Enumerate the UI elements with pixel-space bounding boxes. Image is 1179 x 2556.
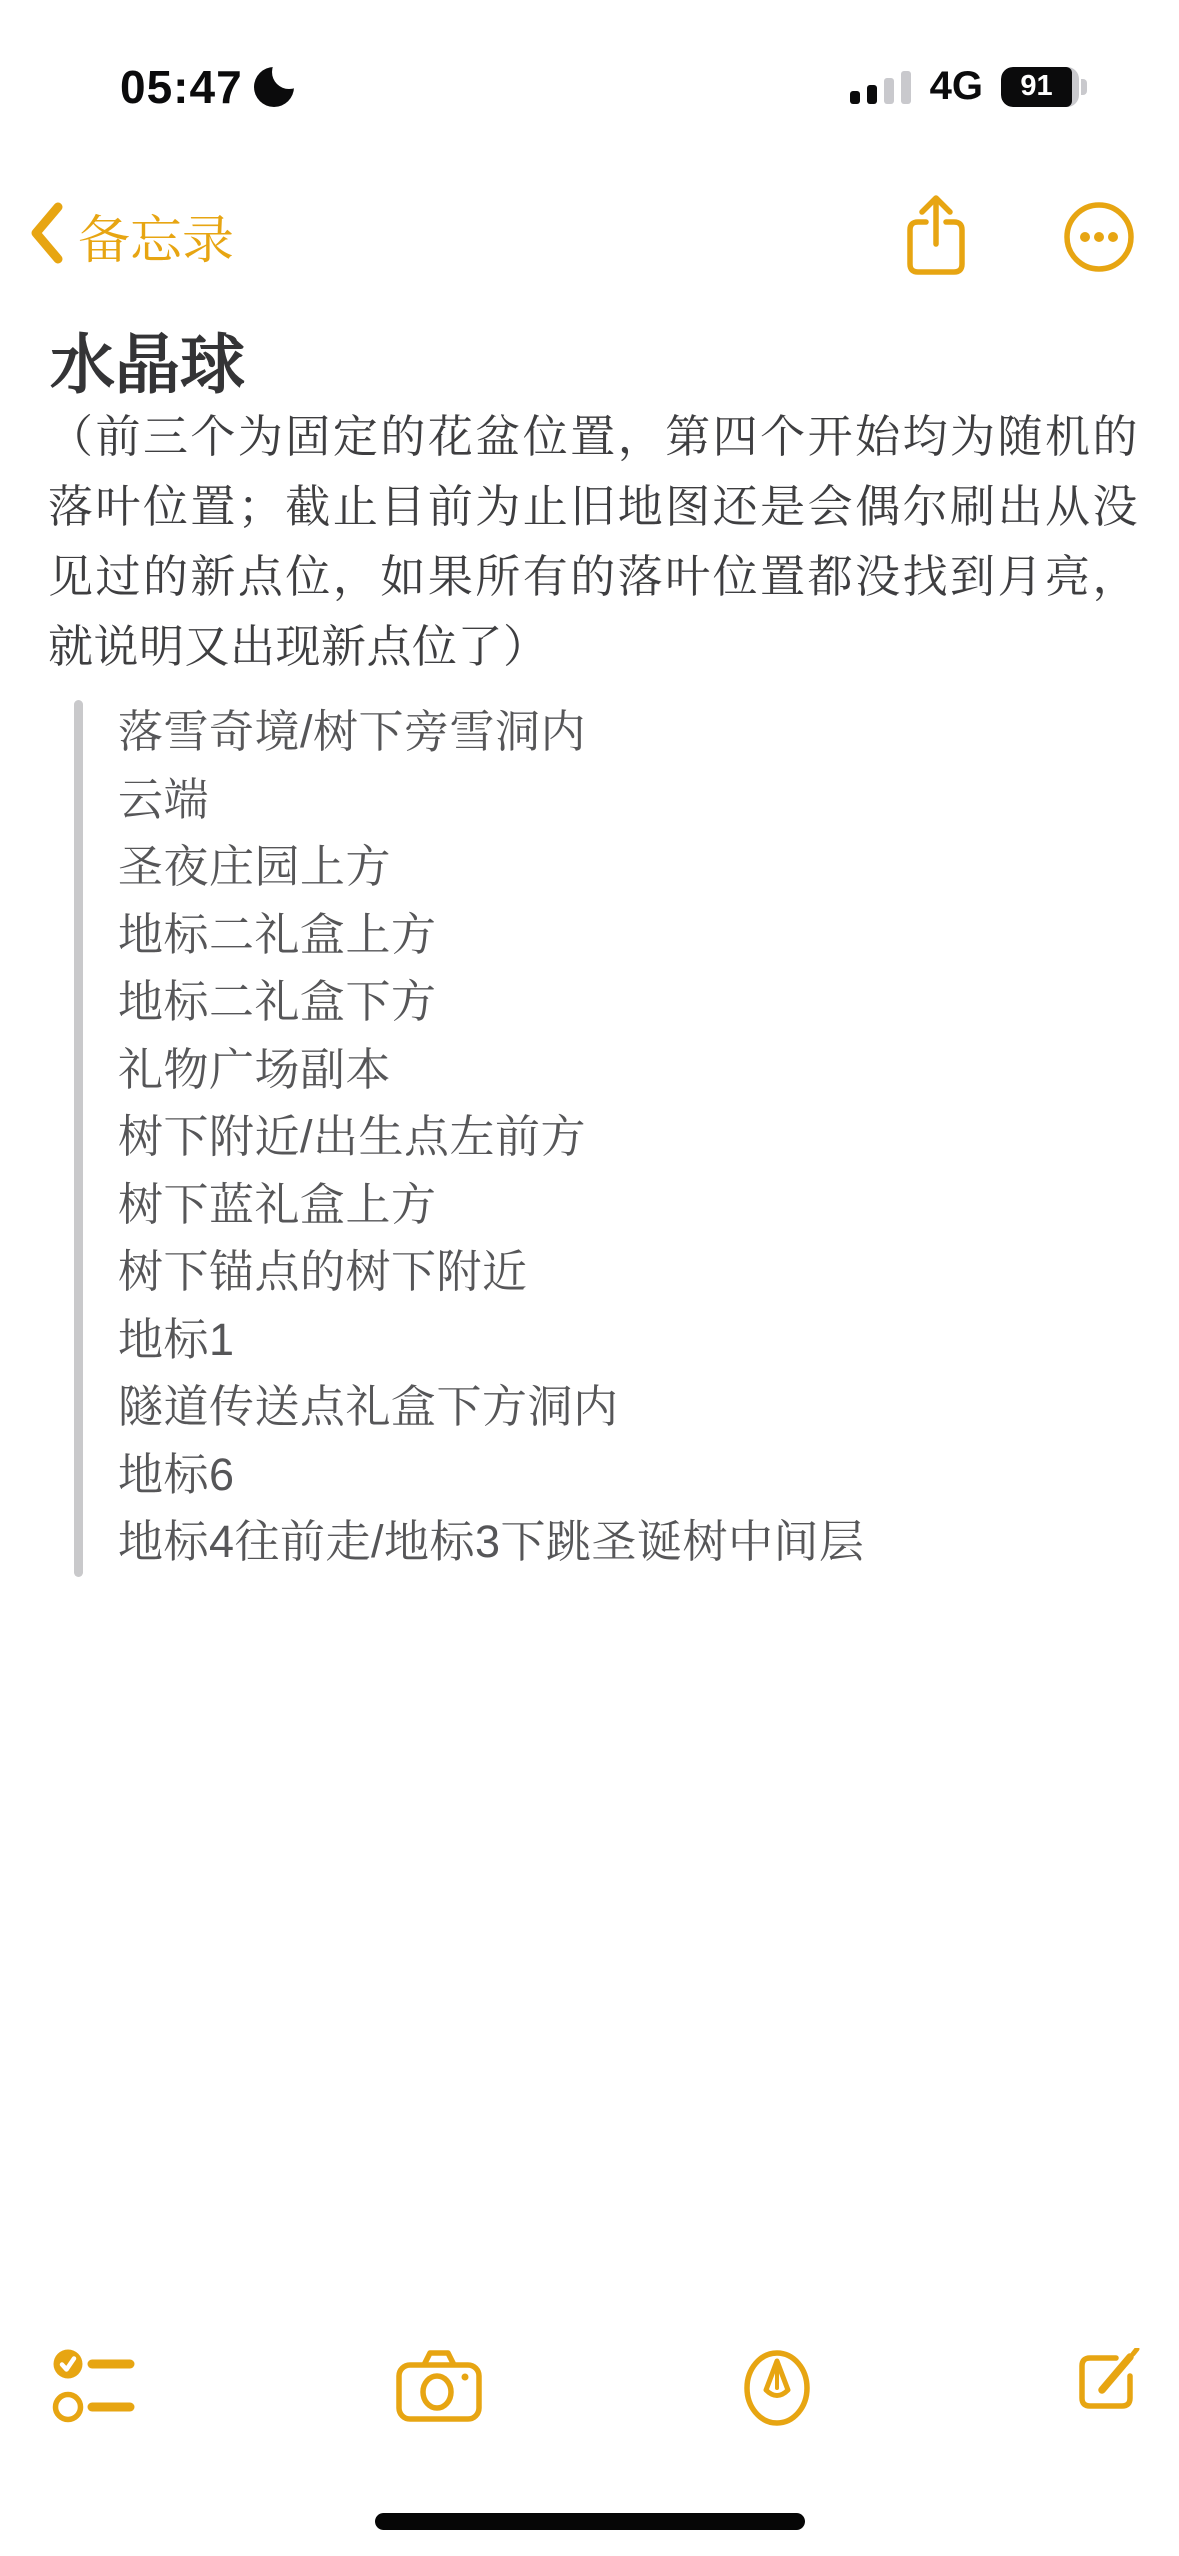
camera-button[interactable] bbox=[394, 2348, 484, 2429]
quote-line: 地标4往前走/地标3下跳圣诞树中间层 bbox=[118, 1508, 1118, 1576]
quote-line: 隧道传送点礼盒下方洞内 bbox=[118, 1373, 1118, 1441]
quote-line: 树下蓝礼盒上方 bbox=[118, 1171, 1118, 1239]
clock: 05:47 bbox=[120, 60, 243, 114]
quote-line: 树下附近/出生点左前方 bbox=[118, 1103, 1118, 1171]
bottom-toolbar bbox=[0, 2348, 1179, 2438]
compose-button[interactable] bbox=[1074, 2348, 1142, 2419]
quote-line: 落雪奇境/树下旁雪洞内 bbox=[118, 698, 1118, 766]
network-type-label: 4G bbox=[930, 64, 983, 109]
note-intro-paragraph: （前三个为固定的花盆位置，第四个开始均为随机的落叶位置；截止目前为止旧地图还是会… bbox=[48, 402, 1138, 682]
markup-pen-icon bbox=[742, 2415, 812, 2432]
note-title: 水晶球 bbox=[50, 312, 245, 406]
quote-line: 地标二礼盒下方 bbox=[118, 968, 1118, 1036]
camera-icon bbox=[394, 2411, 484, 2428]
share-icon bbox=[904, 265, 968, 282]
checklist-icon bbox=[52, 2411, 136, 2428]
status-bar-right: 4G 91 bbox=[850, 64, 1087, 109]
status-bar-left: 05:47 bbox=[120, 60, 299, 114]
battery-percent: 91 bbox=[1001, 67, 1072, 107]
share-button[interactable] bbox=[904, 192, 968, 283]
quote-line: 地标二礼盒上方 bbox=[118, 901, 1118, 969]
quote-line: 云端 bbox=[118, 766, 1118, 834]
more-button[interactable] bbox=[1062, 200, 1136, 279]
quote-line: 圣夜庄园上方 bbox=[118, 833, 1118, 901]
back-button[interactable]: 备忘录 bbox=[28, 198, 234, 273]
back-label: 备忘录 bbox=[78, 198, 234, 273]
compose-icon bbox=[1074, 2401, 1142, 2418]
checklist-button[interactable] bbox=[52, 2348, 136, 2429]
chevron-left-icon bbox=[28, 201, 64, 270]
quote-line: 树下锚点的树下附近 bbox=[118, 1238, 1118, 1306]
moon-icon bbox=[253, 62, 299, 113]
battery-icon: 91 bbox=[1001, 67, 1087, 107]
quote-line: 地标6 bbox=[118, 1441, 1118, 1509]
markup-button[interactable] bbox=[742, 2348, 812, 2433]
home-indicator[interactable] bbox=[375, 2513, 805, 2530]
more-icon bbox=[1062, 261, 1136, 278]
quote-line: 地标1 bbox=[118, 1306, 1118, 1374]
quote-indent-bar bbox=[74, 700, 83, 1577]
cellular-signal-icon bbox=[850, 64, 912, 109]
quote-line: 礼物广场副本 bbox=[118, 1036, 1118, 1104]
